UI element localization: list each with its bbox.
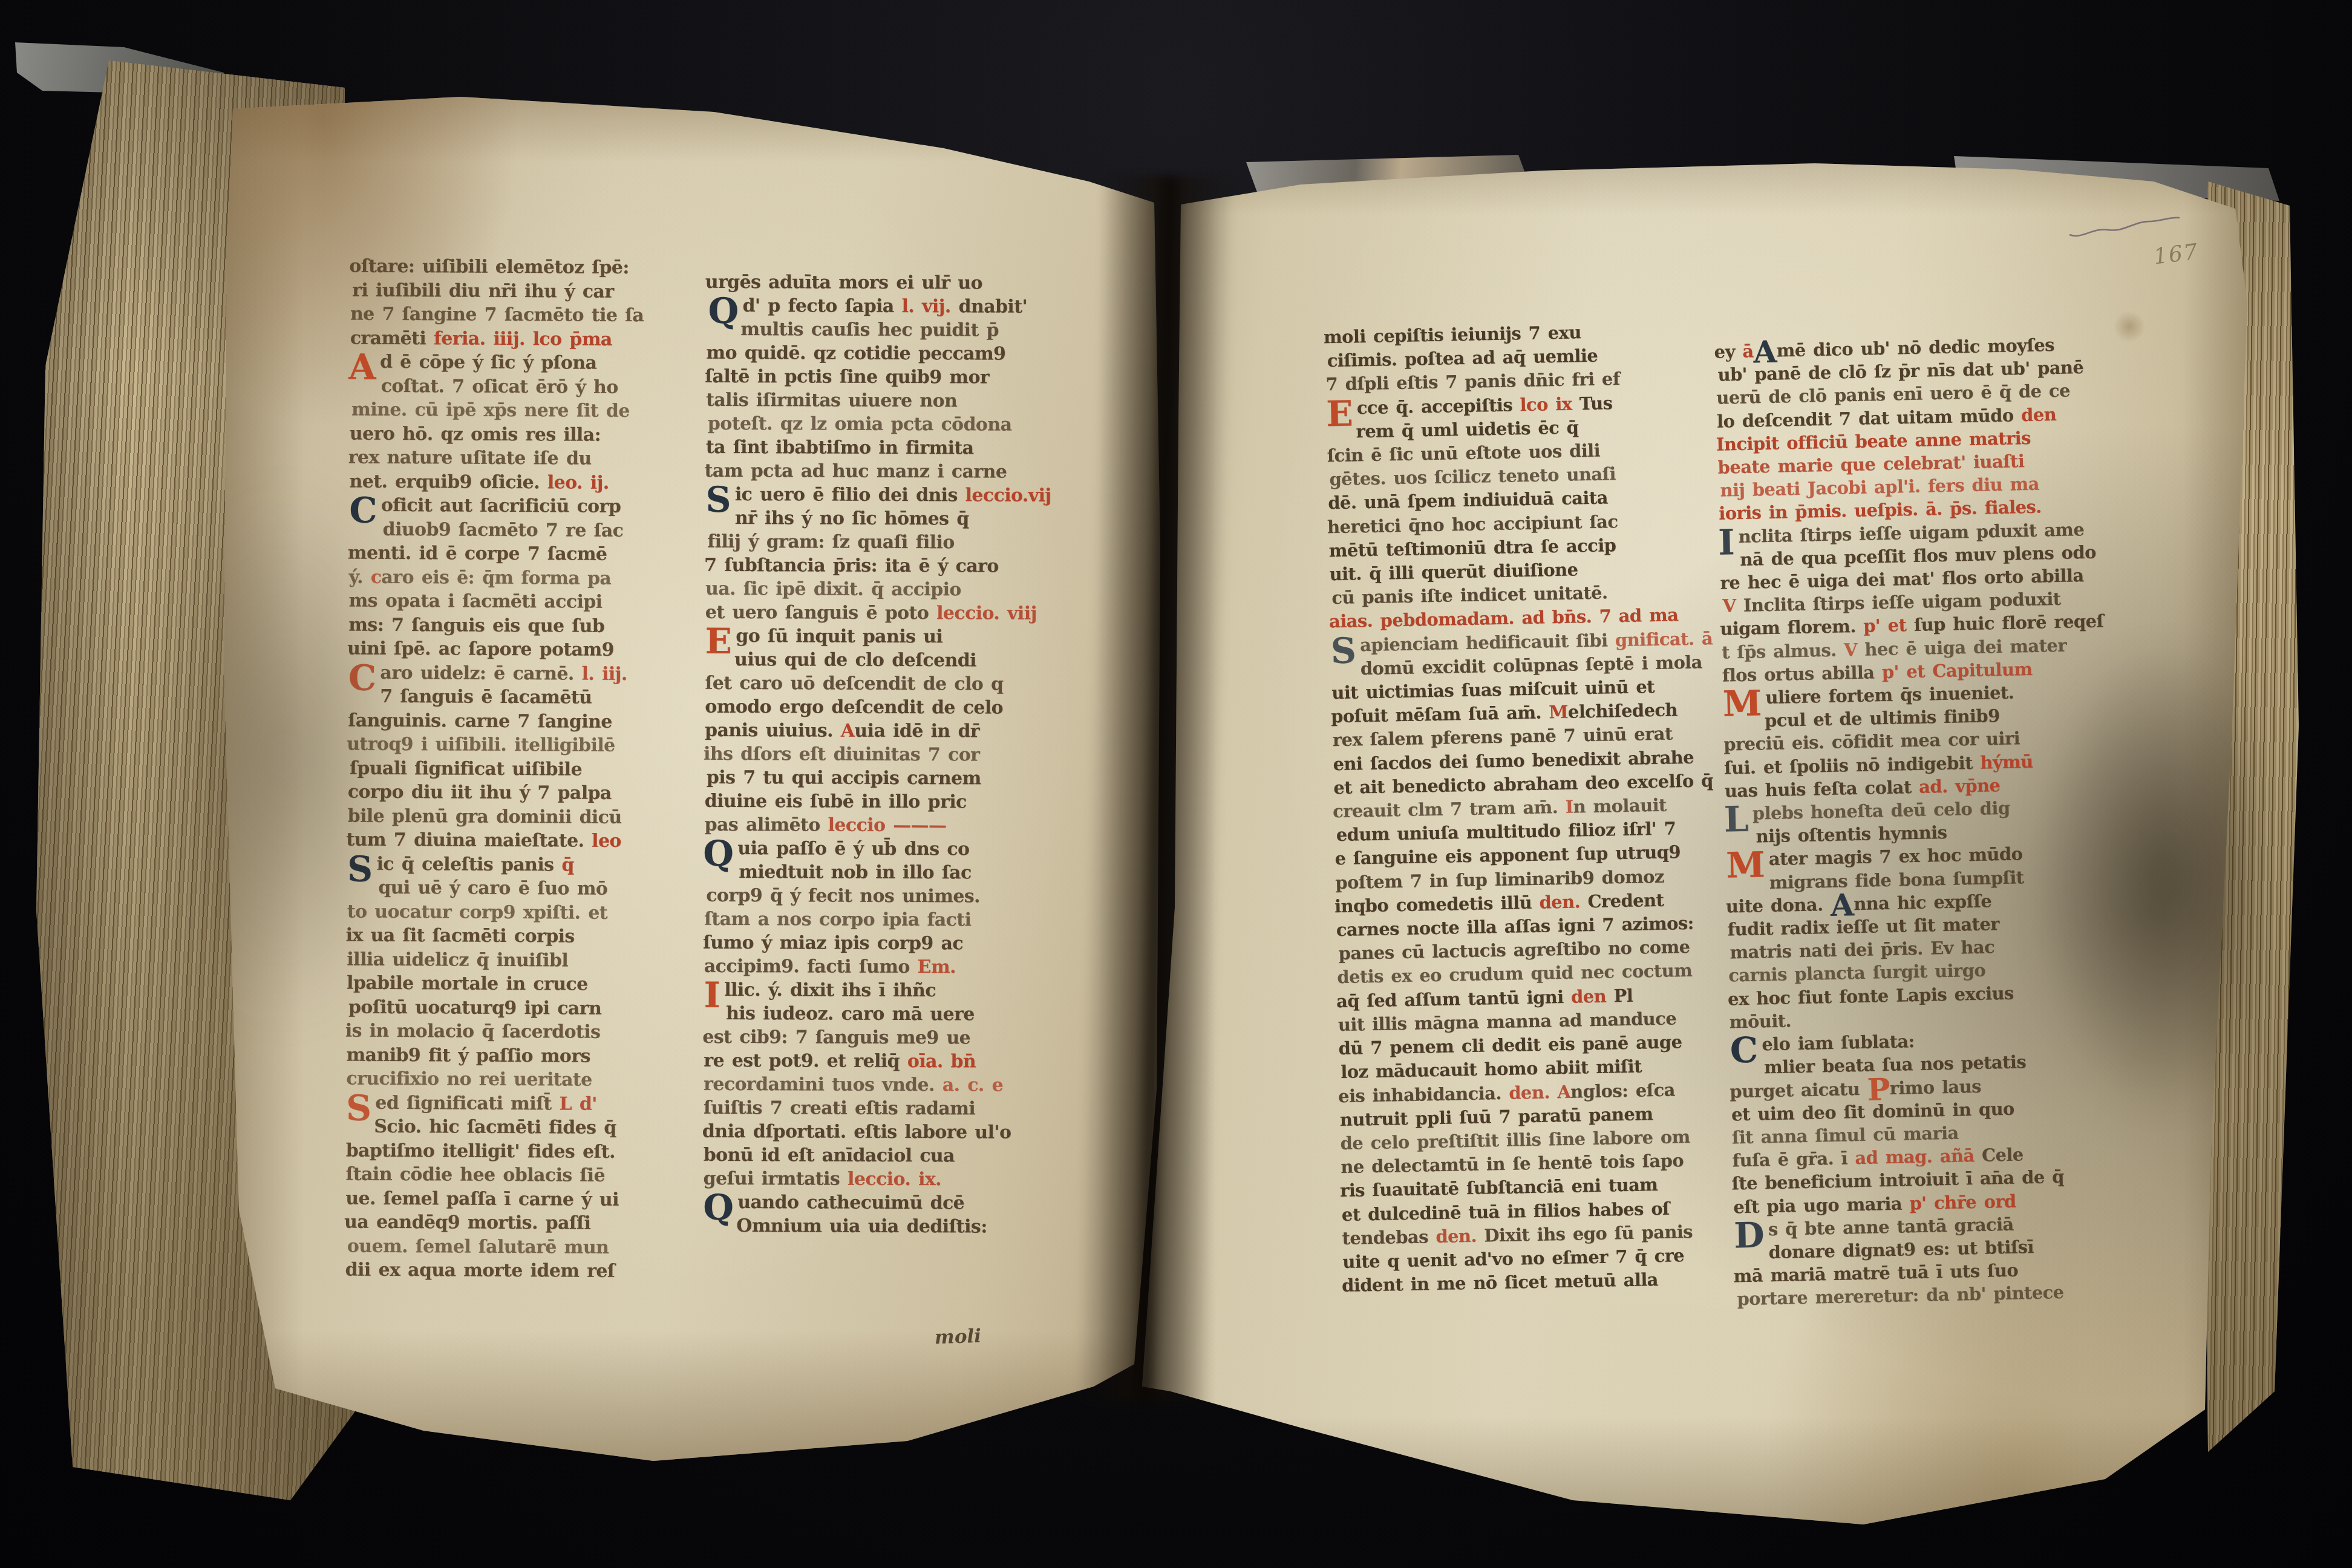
text-line: panis uiuius. Auia idē in dr̄ [705,719,1104,743]
text-line: mine. cū ipē xp̄s nere ſit de [351,398,681,423]
text-line: ua eandēq9 mortis. paſſi [344,1210,674,1236]
text-line: recordamini tuos vnde. a. c. e [704,1073,1103,1097]
text-line: coſtat. 7 oſicat ērō ý ho [350,374,679,399]
text-line: filij ý gram: ſz quaſi filio [707,530,1106,555]
text-line: Qd' p fecto ſapia l. vij. dnabit' [708,294,1108,319]
text-line: ue. ſemel paſſa ī carne ý ui [345,1186,675,1212]
text-line: ý. caro eis ē: q̄m forma pa [349,565,679,590]
text-line: Illic. ý. dixit ihs ī ihñc [704,978,1103,1003]
text-line: net. erquib9 oſicie. leo. ij. [349,469,679,495]
text-line: est cib9: 7 ſanguis me9 ue [702,1025,1102,1050]
text-line: to uocatur corp9 xpiſti. et [347,900,677,925]
text-line: talis iſirmitas uiuere non [706,388,1105,413]
text-line: lpabile mortale in cruce [347,972,676,997]
text-line: ua. ſic ipē dixit. q̄ accipio [705,577,1105,602]
text-line: dii ex aqua morte idem reſ [345,1258,675,1284]
text-line: Omnium uia uia dediſtis: [702,1214,1101,1239]
text-line: ri iuſibili diu nr̄i ihu ý car [352,278,682,304]
text-line: tam pcta ad huc manz i carne [705,459,1104,484]
text-line: ne 7 ſangine 7 ſacmēto tie ſa [350,302,680,328]
text-line: Quia paſſo ē ý ub̄ dns co [703,837,1102,861]
ink-squiggle-mark [2066,203,2187,246]
text-line: Quando cathecuimū dcē [703,1191,1102,1215]
left-page-column-2: urgēs aduīta mors ei ulr̄ uoQd' p fecto … [703,270,1106,1239]
text-line: omodo ergo deſcendit de celo [705,695,1104,720]
text-line: nr̄ ihs ý no ſic hōmes q̄ [705,506,1105,531]
text-line: Sic q̄ celeſtis panis q̄ [347,852,677,877]
text-line: qui uē ý caro ē ſuo mō [349,876,679,901]
text-line: ſet caro uō deſcendit de clo q [705,671,1104,696]
text-line: uini ſpē. ac ſapore potam9 [347,637,677,662]
text-line: ſaltē in pctis ſine quib9 mor [705,365,1104,390]
text-line: utroq9 i uiſibili. itelligibilē [347,733,676,758]
text-line: urgēs aduīta mors ei ulr̄ uo [705,270,1105,295]
text-line: ſanguinis. carne 7 ſangine [348,708,678,734]
manuscript-photo: oſtare: uiſibili elemētoz ſpē:ri iuſibil… [0,0,2352,1568]
text-line: uero hō. qz omis res illa: [350,422,679,447]
text-line: multis cauſis hec puidit p̄ [706,318,1105,342]
text-line: geſui irmtatis leccio. ix. [703,1167,1102,1192]
text-line: bile plenū gra dominii dicū [347,804,677,829]
text-line: poſitū uocaturq9 ipi carn [348,995,678,1021]
text-line: ſuiſtis 7 creati eſtis radami [704,1096,1103,1121]
text-line: ſumo ý miaz ipis corp9 ac [703,931,1102,956]
text-line: is in molacio q̄ ſacerdotis [345,1019,675,1045]
text-line: Coficit aut ſacrificiū corp [349,494,679,519]
text-line: ta ſint ibabtiſmo in firmita [706,436,1105,460]
right-page-column-1: moli cepiſtis ieiunijs 7 exuciſimis. poſ… [1325,318,1734,1298]
text-line: corp9 q̄ ý fecit nos unimes. [706,884,1105,909]
right-page: moli cepiſtis ieiunijs 7 exuciſimis. poſ… [1125,145,2262,1543]
text-line: cramēti feria. iiij. lco p̄ma [350,326,680,351]
text-line: Ad ē cōpe ý ſic ý pſona [348,350,678,376]
text-line: rex nature uſitate iſe du [348,446,678,471]
text-line: ms: 7 ſanguis eis que ſub [348,613,678,638]
text-line: oſtare: uiſibili elemētoz ſpē: [349,255,679,280]
text-line: diuine eis ſubē in illo pric [705,789,1104,814]
text-line: ms opata i ſacmēti accipi [348,589,678,615]
text-line: bonū id eſt anīdaciol cua [704,1143,1103,1168]
text-line: diuob9 ſacmēto 7 re ſac [351,517,681,543]
text-line: miedtuit nob in illo ſac [704,860,1103,885]
text-line: 7 ſubſtancia p̄ris: ita ē ý caro [704,554,1103,578]
text-line: ſtain cōdie hee oblacis ſiē [345,1163,675,1188]
text-line: ix ua ſit ſacmēti corpis [345,924,675,949]
text-line: pas alimēto leccio ——— [705,813,1104,838]
text-line: baptiſmo itelligit' fides eſt. [346,1138,676,1164]
text-line: uius qui de clo deſcendi [704,648,1103,673]
text-line: ſtam a nos corpo ipia facti [704,907,1103,932]
text-line: poteſt. qz lz omia pcta cōdona [708,412,1107,437]
text-line: manib9 fit ý paſſio mors [346,1043,676,1068]
text-line: ihs dſors eſt diuinitas 7 cor [704,742,1103,767]
text-line: corpo diu iit ihu ý 7 palpa [348,780,678,806]
text-line: ouem. ſemel ſalutarē mun [347,1234,677,1259]
text-line: accipim9. facti ſumo Em. [704,955,1103,979]
catchword: moli [934,1325,981,1349]
text-line: tum 7 diuina maieſtate. leo [346,828,676,854]
text-line: Caro uidelz: ē carnē. l. iij. [348,661,678,686]
text-line: menti. id ē corpe 7 ſacmē [348,541,678,567]
text-line: 7 ſanguis ē ſacamētū [348,685,678,710]
text-line: dnia dſportati. eſtis labore ul'o [702,1120,1102,1145]
left-page-column-1: oſtare: uiſibili elemētoz ſpē:ri iuſibil… [345,255,681,1284]
text-line: crucifixio no rei ueritate [346,1067,676,1093]
text-line: et uero ſanguis ē poto leccio. viij [705,601,1105,626]
text-line: mo quidē. qz cotidie peccam9 [706,341,1105,366]
right-page-column-2: ey āAmē dico ub' nō dedic moyſesub' panē… [1715,333,2113,1311]
left-page: oſtare: uiſibili elemētoz ſpē:ri iuſibil… [206,79,1186,1470]
text-line: his iudeoz. caro mā uere [705,1002,1105,1027]
text-line: re est pot9. et reliq̄ oīa. bn̄ [704,1049,1103,1074]
text-line: pis 7 tu qui accipis carnem [707,766,1106,791]
text-line: illia uidelicz q̄ inuiſibl [347,947,676,973]
text-line: Sic uero ē filio dei dnis leccio.vij [705,483,1105,508]
text-line: Scio. hic ſacmēti fides q̄ [345,1115,675,1140]
text-line: Ego ſū inquit panis ui [705,624,1105,649]
text-line: ſpuali ſignificat uiſibile [350,756,679,782]
text-line: Sed ſignificati miſt̄ L d' [346,1091,676,1116]
